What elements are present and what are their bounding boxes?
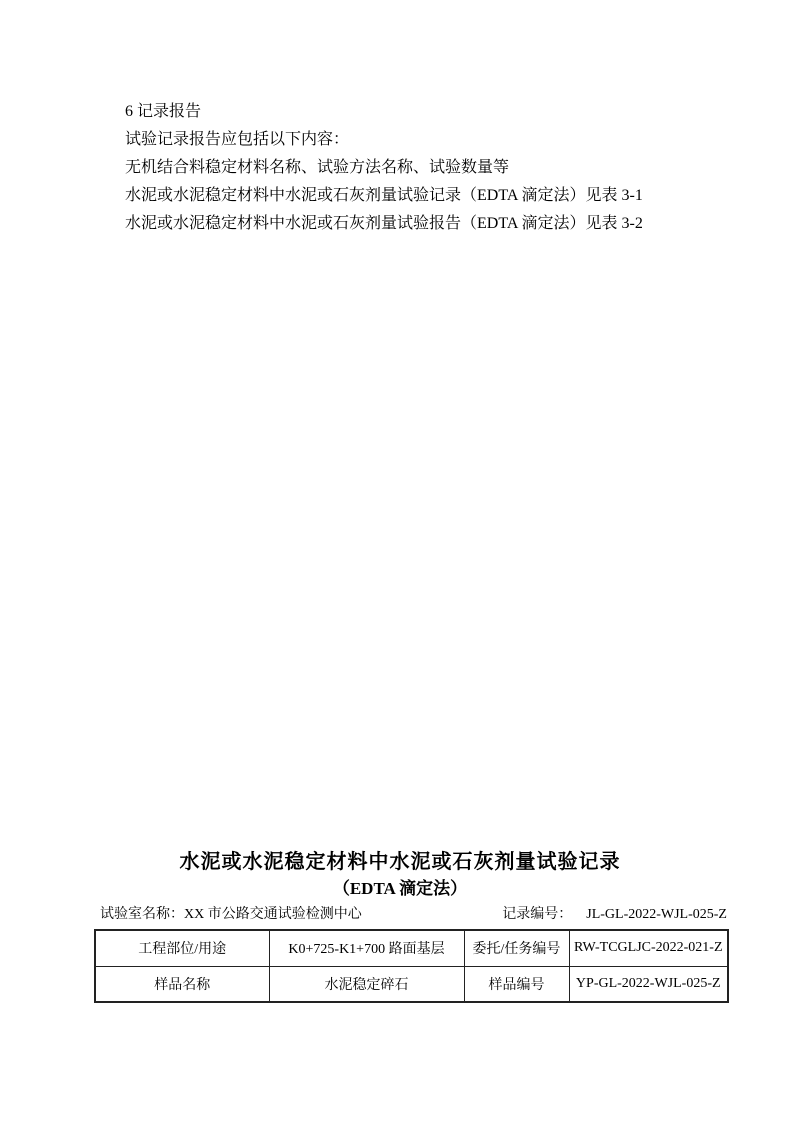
lab-name-label: 试验室名称： [100, 907, 184, 922]
task-number-value: RW-TCGLJC-2022-021-Z [569, 930, 728, 966]
form-header: 水泥或水泥稳定材料中水泥或石灰剂量试验记录 （EDTA 滴定法） [0, 848, 800, 902]
section-line-1: 试验记录报告应包括以下内容： [125, 126, 643, 154]
sample-info-table: 工程部位/用途 K0+725-K1+700 路面基层 委托/任务编号 RW-TC… [94, 929, 729, 1003]
section-line-4: 水泥或水泥稳定材料中水泥或石灰剂量试验报告（EDTA 滴定法）见表 3-2 [125, 210, 643, 238]
lab-name: 试验室名称：XX 市公路交通试验检测中心 [100, 904, 362, 926]
section-line-2: 无机结合料稳定材料名称、试验方法名称、试验数量等 [125, 154, 643, 182]
sample-number-value: YP-GL-2022-WJL-025-Z [569, 966, 728, 1002]
document-page: 6 记录报告 试验记录报告应包括以下内容： 无机结合料稳定材料名称、试验方法名称… [0, 0, 800, 1131]
record-number-label: 记录编号： [502, 907, 572, 922]
form-title: 水泥或水泥稳定材料中水泥或石灰剂量试验记录 [0, 848, 800, 876]
table-row: 样品名称 水泥稳定碎石 样品编号 YP-GL-2022-WJL-025-Z [95, 966, 728, 1002]
sample-number-label: 样品编号 [464, 966, 569, 1002]
form-subtitle: （EDTA 滴定法） [0, 876, 800, 902]
project-part-value: K0+725-K1+700 路面基层 [269, 930, 464, 966]
form-info-line: 试验室名称：XX 市公路交通试验检测中心 记录编号：JL-GL-2022-WJL… [100, 904, 727, 926]
lab-name-value: XX 市公路交通试验检测中心 [184, 907, 362, 922]
project-part-label: 工程部位/用途 [95, 930, 269, 966]
section-record-report: 6 记录报告 试验记录报告应包括以下内容： 无机结合料稳定材料名称、试验方法名称… [125, 98, 643, 238]
sample-name-label: 样品名称 [95, 966, 269, 1002]
record-number: 记录编号：JL-GL-2022-WJL-025-Z [502, 904, 727, 926]
sample-name-value: 水泥稳定碎石 [269, 966, 464, 1002]
section-heading: 6 记录报告 [125, 98, 643, 126]
task-number-label: 委托/任务编号 [464, 930, 569, 966]
record-number-value: JL-GL-2022-WJL-025-Z [586, 907, 727, 922]
section-line-3: 水泥或水泥稳定材料中水泥或石灰剂量试验记录（EDTA 滴定法）见表 3-1 [125, 182, 643, 210]
table-row: 工程部位/用途 K0+725-K1+700 路面基层 委托/任务编号 RW-TC… [95, 930, 728, 966]
